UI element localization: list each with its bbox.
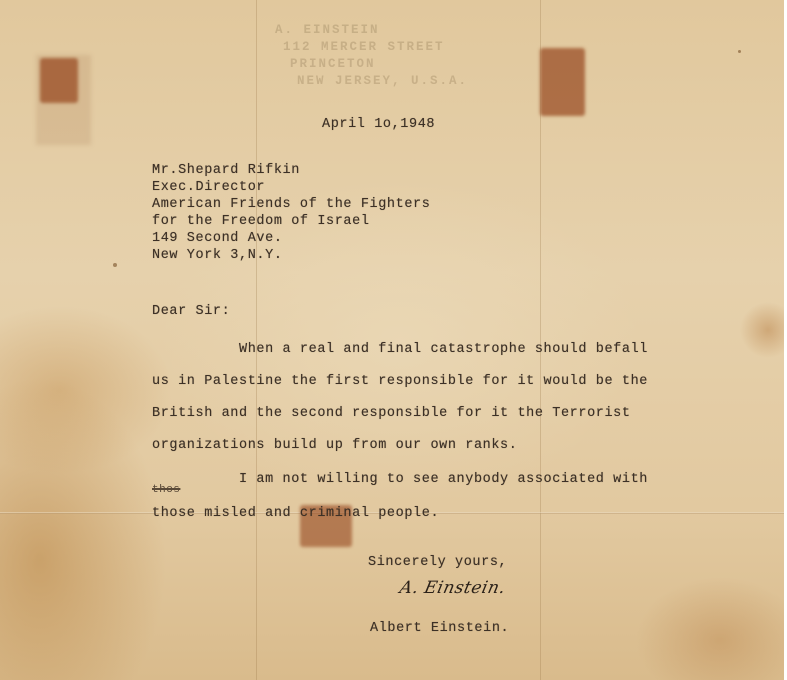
- body-line: organizations build up from our own rank…: [152, 437, 517, 454]
- body-line: I am not willing to see anybody associat…: [152, 471, 648, 488]
- spot-mark: [738, 50, 741, 53]
- recipient-street: 149 Second Ave.: [152, 230, 430, 247]
- letterhead-line: 112 MERCER STREET: [283, 39, 468, 56]
- handwritten-signature: A. Einstein.: [398, 578, 508, 598]
- body-line: British and the second responsible for i…: [152, 405, 631, 422]
- spot-mark: [113, 263, 117, 267]
- struck-out-word: thos: [152, 484, 180, 496]
- recipient-title: Exec.Director: [152, 179, 430, 196]
- recipient-org-line1: American Friends of the Fighters: [152, 196, 430, 213]
- recipient-org-line2: for the Freedom of Israel: [152, 213, 430, 230]
- body-line: us in Palestine the first responsible fo…: [152, 373, 648, 390]
- tape-stain-right: [540, 48, 585, 116]
- letterhead-line: A. EINSTEIN: [275, 22, 468, 39]
- salutation: Dear Sir:: [152, 303, 230, 320]
- vertical-fold-left: [256, 0, 257, 680]
- recipient-city: New York 3,N.Y.: [152, 247, 430, 264]
- letter-date: April 1o,1948: [322, 116, 435, 133]
- typed-name: Albert Einstein.: [370, 620, 509, 637]
- body-line: When a real and final catastrophe should…: [152, 341, 648, 358]
- letterhead-line: NEW JERSEY, U.S.A.: [297, 73, 468, 90]
- letterhead: A. EINSTEIN112 MERCER STREETPRINCETONNEW…: [275, 22, 468, 90]
- closing: Sincerely yours,: [368, 554, 507, 571]
- recipient-address: Mr.Shepard RifkinExec.DirectorAmerican F…: [152, 162, 430, 264]
- recipient-name: Mr.Shepard Rifkin: [152, 162, 430, 179]
- letter-paper: A. EINSTEIN112 MERCER STREETPRINCETONNEW…: [0, 0, 784, 680]
- tape-stain-left: [40, 58, 78, 103]
- body-line: those misled and criminal people.: [152, 505, 439, 522]
- letterhead-line: PRINCETON: [290, 56, 468, 73]
